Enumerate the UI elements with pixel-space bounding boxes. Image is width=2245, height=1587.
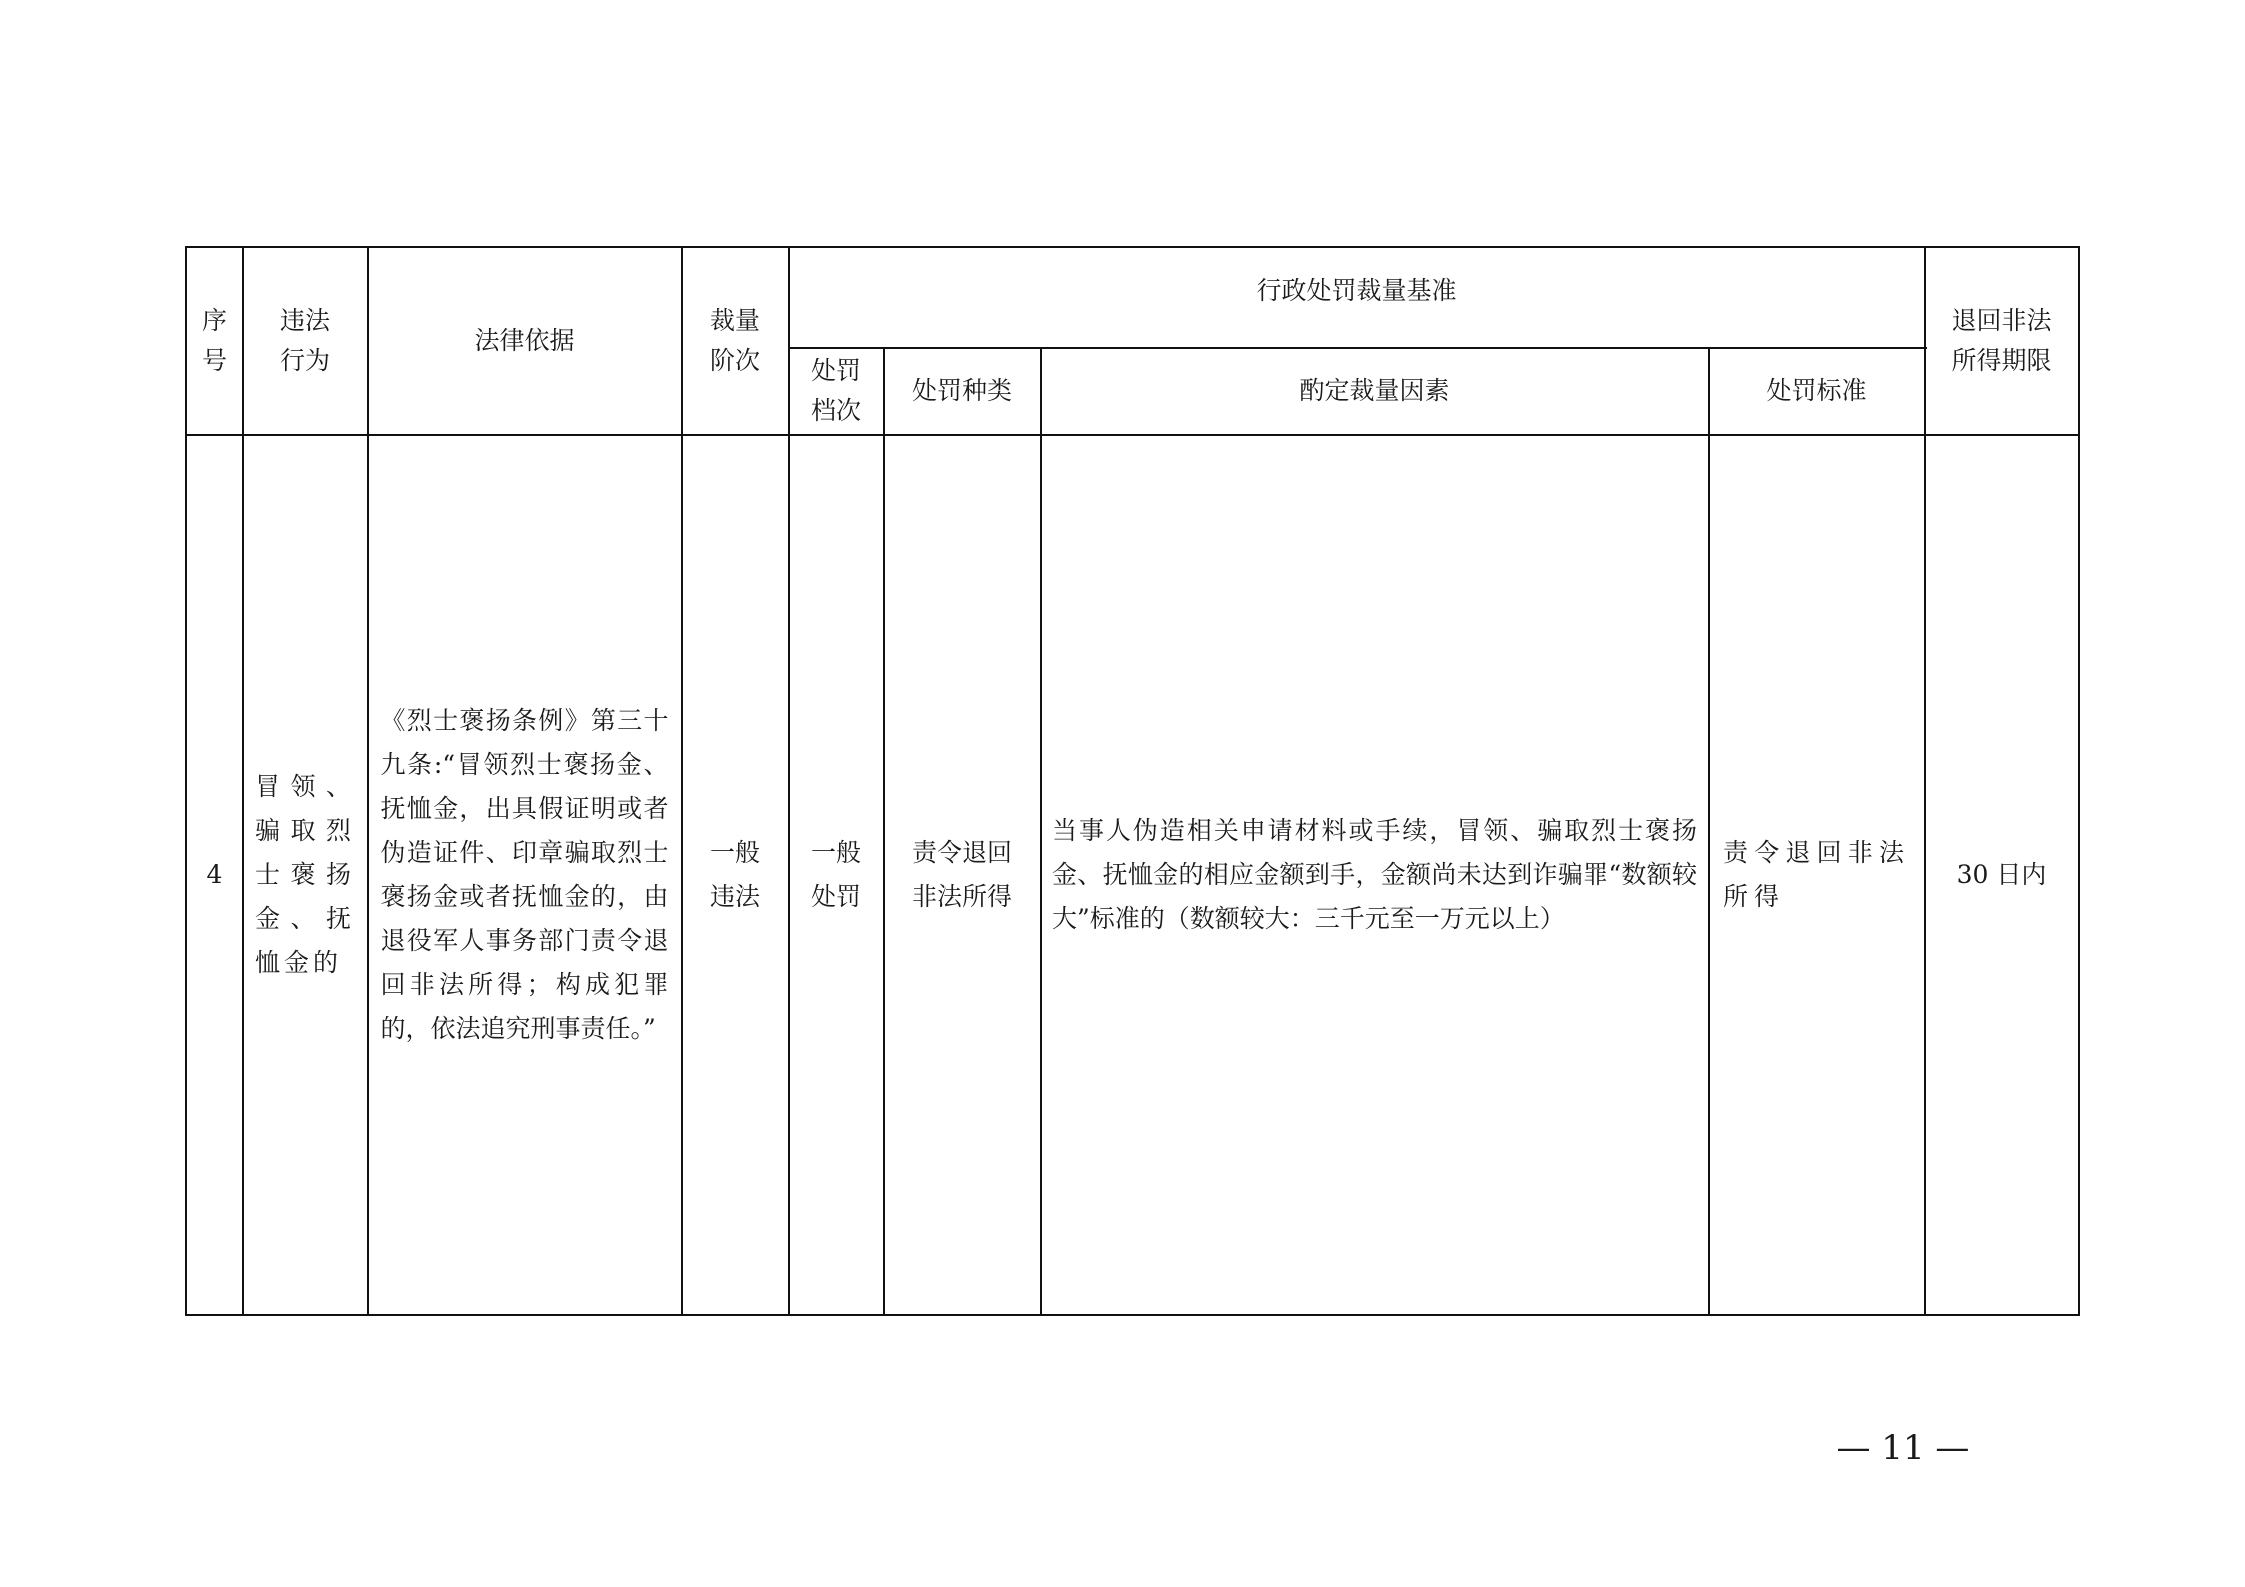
row-factors-text: 当事人伪造相关申请材料或手续，冒领、骗取烈士褒扬金、抚恤金的相应金额到手，金额尚… (1052, 809, 1697, 941)
row-penalty-standard-text: 责令退回非法所得 (1723, 831, 1910, 919)
row-violation-text: 冒领、骗取烈士褒扬金、抚恤金的 (255, 765, 355, 985)
row-penalty-standard: 责令退回非法所得 (1709, 435, 1924, 1314)
row-legal-basis: 《烈士褒扬条例》第三十九条:“冒领烈士褒扬金、抚恤金，出具假证明或者伪造证件、印… (368, 435, 681, 1314)
header-legal-basis: 法律依据 (368, 248, 681, 434)
row-seq: 4 (187, 435, 242, 1314)
row-return-deadline: 30 日内 (1925, 435, 2078, 1314)
penalty-discretion-table: 序 号 违法 行为 法律依据 裁量 阶次 行政处罚裁量基准 处罚 档次 处罚种类… (185, 246, 2080, 1316)
row-factors: 当事人伪造相关申请材料或手续，冒领、骗取烈士褒扬金、抚恤金的相应金额到手，金额尚… (1041, 435, 1708, 1314)
header-seq: 序 号 (187, 248, 242, 434)
header-factors: 酌定裁量因素 (1041, 348, 1708, 434)
header-return-deadline: 退回非法 所得期限 (1925, 248, 2078, 434)
header-violation: 违法 行为 (243, 248, 367, 434)
header-penalty-type: 处罚种类 (884, 348, 1040, 434)
row-penalty-grade: 一般 处罚 (789, 435, 883, 1314)
row-penalty-type: 责令退回 非法所得 (884, 435, 1040, 1314)
header-penalty-standard: 处罚标准 (1709, 348, 1924, 434)
row-violation: 冒领、骗取烈士褒扬金、抚恤金的 (243, 435, 367, 1314)
header-group-title: 行政处罚裁量基准 (789, 248, 1924, 347)
header-discretion-level: 裁量 阶次 (682, 248, 788, 434)
header-penalty-grade: 处罚 档次 (789, 348, 883, 434)
row-legal-basis-text: 《烈士褒扬条例》第三十九条:“冒领烈士褒扬金、抚恤金，出具假证明或者伪造证件、印… (381, 699, 669, 1051)
row-discretion-level: 一般 违法 (682, 435, 788, 1314)
page-number: — 11 — (1828, 1428, 1978, 1468)
